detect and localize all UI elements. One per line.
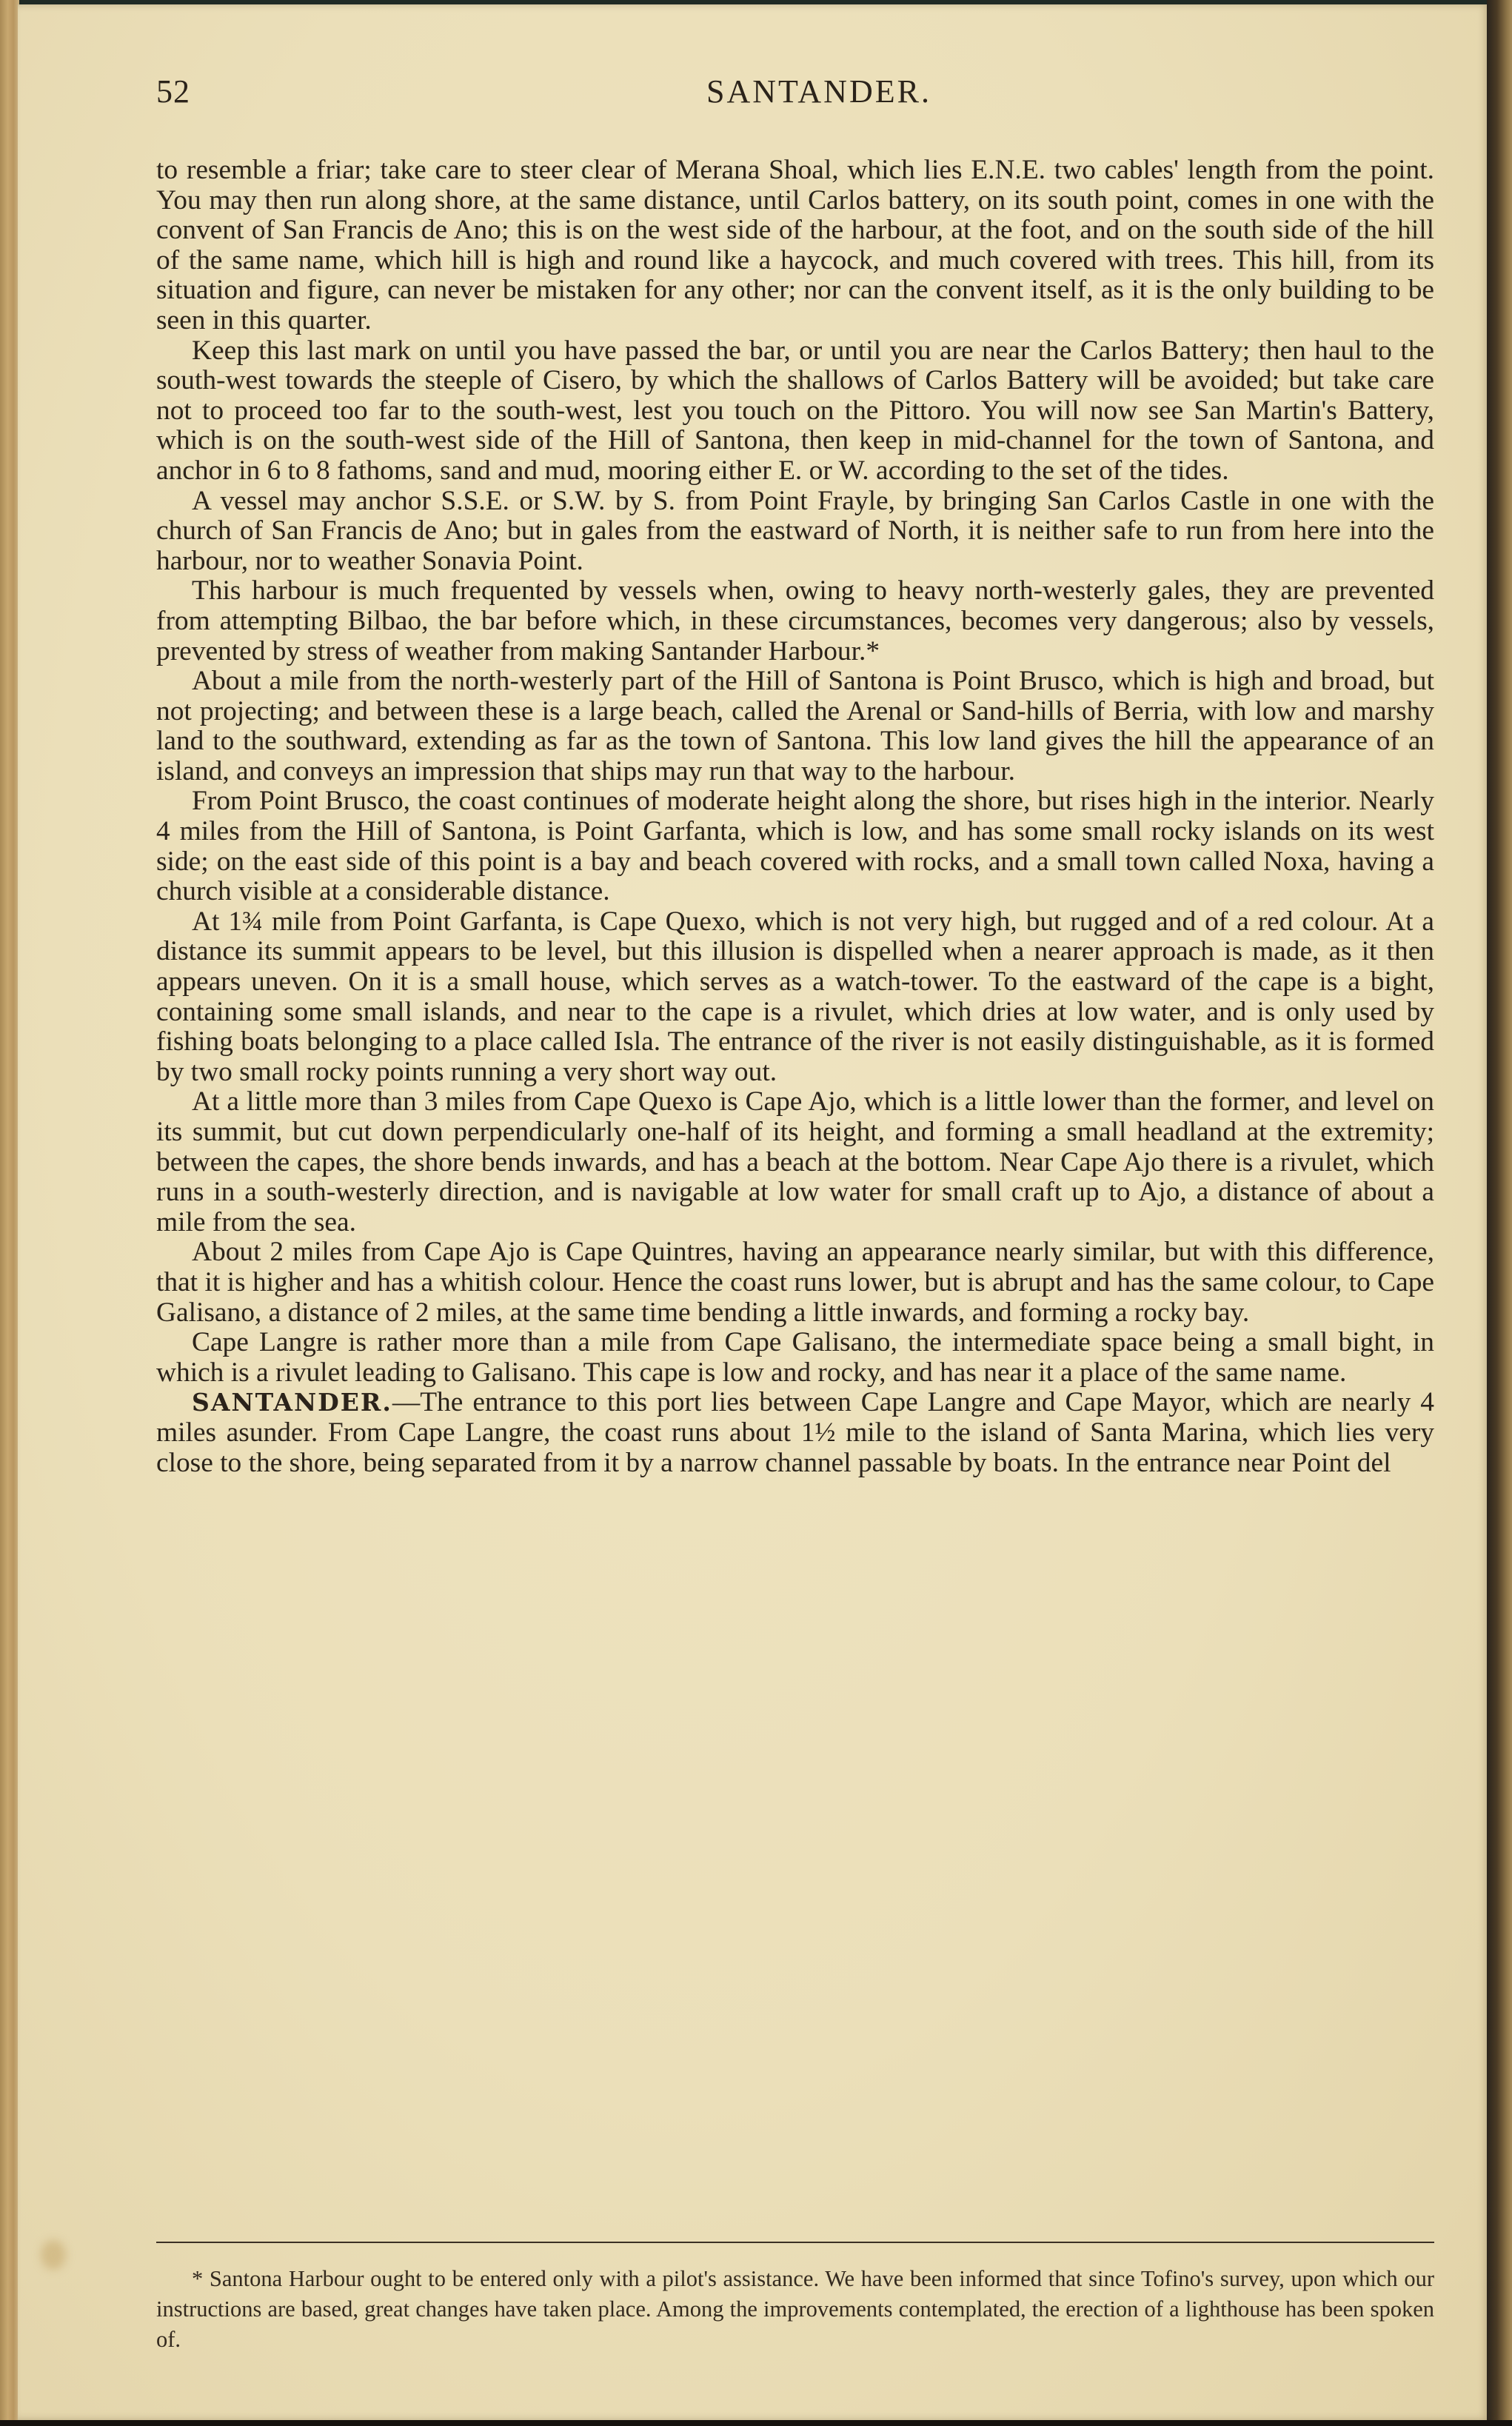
page-fore-edge [1487, 0, 1512, 2426]
paragraph-continuation: to resemble a friar; take care to steer … [156, 156, 1434, 336]
section-heading: SANTANDER. [192, 1388, 392, 1417]
paragraph: Cape Langre is rather more than a mile f… [156, 1328, 1434, 1388]
paragraph: At a little more than 3 miles from Cape … [156, 1087, 1434, 1237]
paragraph: At 1¾ mile from Point Garfanta, is Cape … [156, 907, 1434, 1088]
paragraph: From Point Brusco, the coast continues o… [156, 786, 1434, 906]
section-paragraph-santander: SANTANDER.—The entrance to this port lie… [156, 1388, 1434, 1478]
footnote-text: * Santona Harbour ought to be entered on… [156, 2264, 1434, 2355]
paragraph: About 2 miles from Cape Ajo is Cape Quin… [156, 1237, 1434, 1328]
paragraph: Keep this last mark on until you have pa… [156, 336, 1434, 487]
footnote: * Santona Harbour ought to be entered on… [156, 2264, 1434, 2355]
foxing-stain [41, 2240, 66, 2270]
footnote-rule [156, 2242, 1434, 2243]
running-head: SANTANDER. [156, 73, 1482, 110]
book-spine-edge [0, 0, 19, 2426]
paragraph: About a mile from the north-westerly par… [156, 666, 1434, 786]
scan-bottom-edge [0, 2420, 1512, 2426]
body-text: to resemble a friar; take care to steer … [156, 156, 1434, 1478]
page-header: 52 SANTANDER. [156, 73, 1482, 117]
scanned-page-image: 52 SANTANDER. to resemble a friar; take … [0, 0, 1512, 2426]
paragraph: This harbour is much frequented by vesse… [156, 576, 1434, 666]
paragraph: A vessel may anchor S.S.E. or S.W. by S.… [156, 487, 1434, 577]
